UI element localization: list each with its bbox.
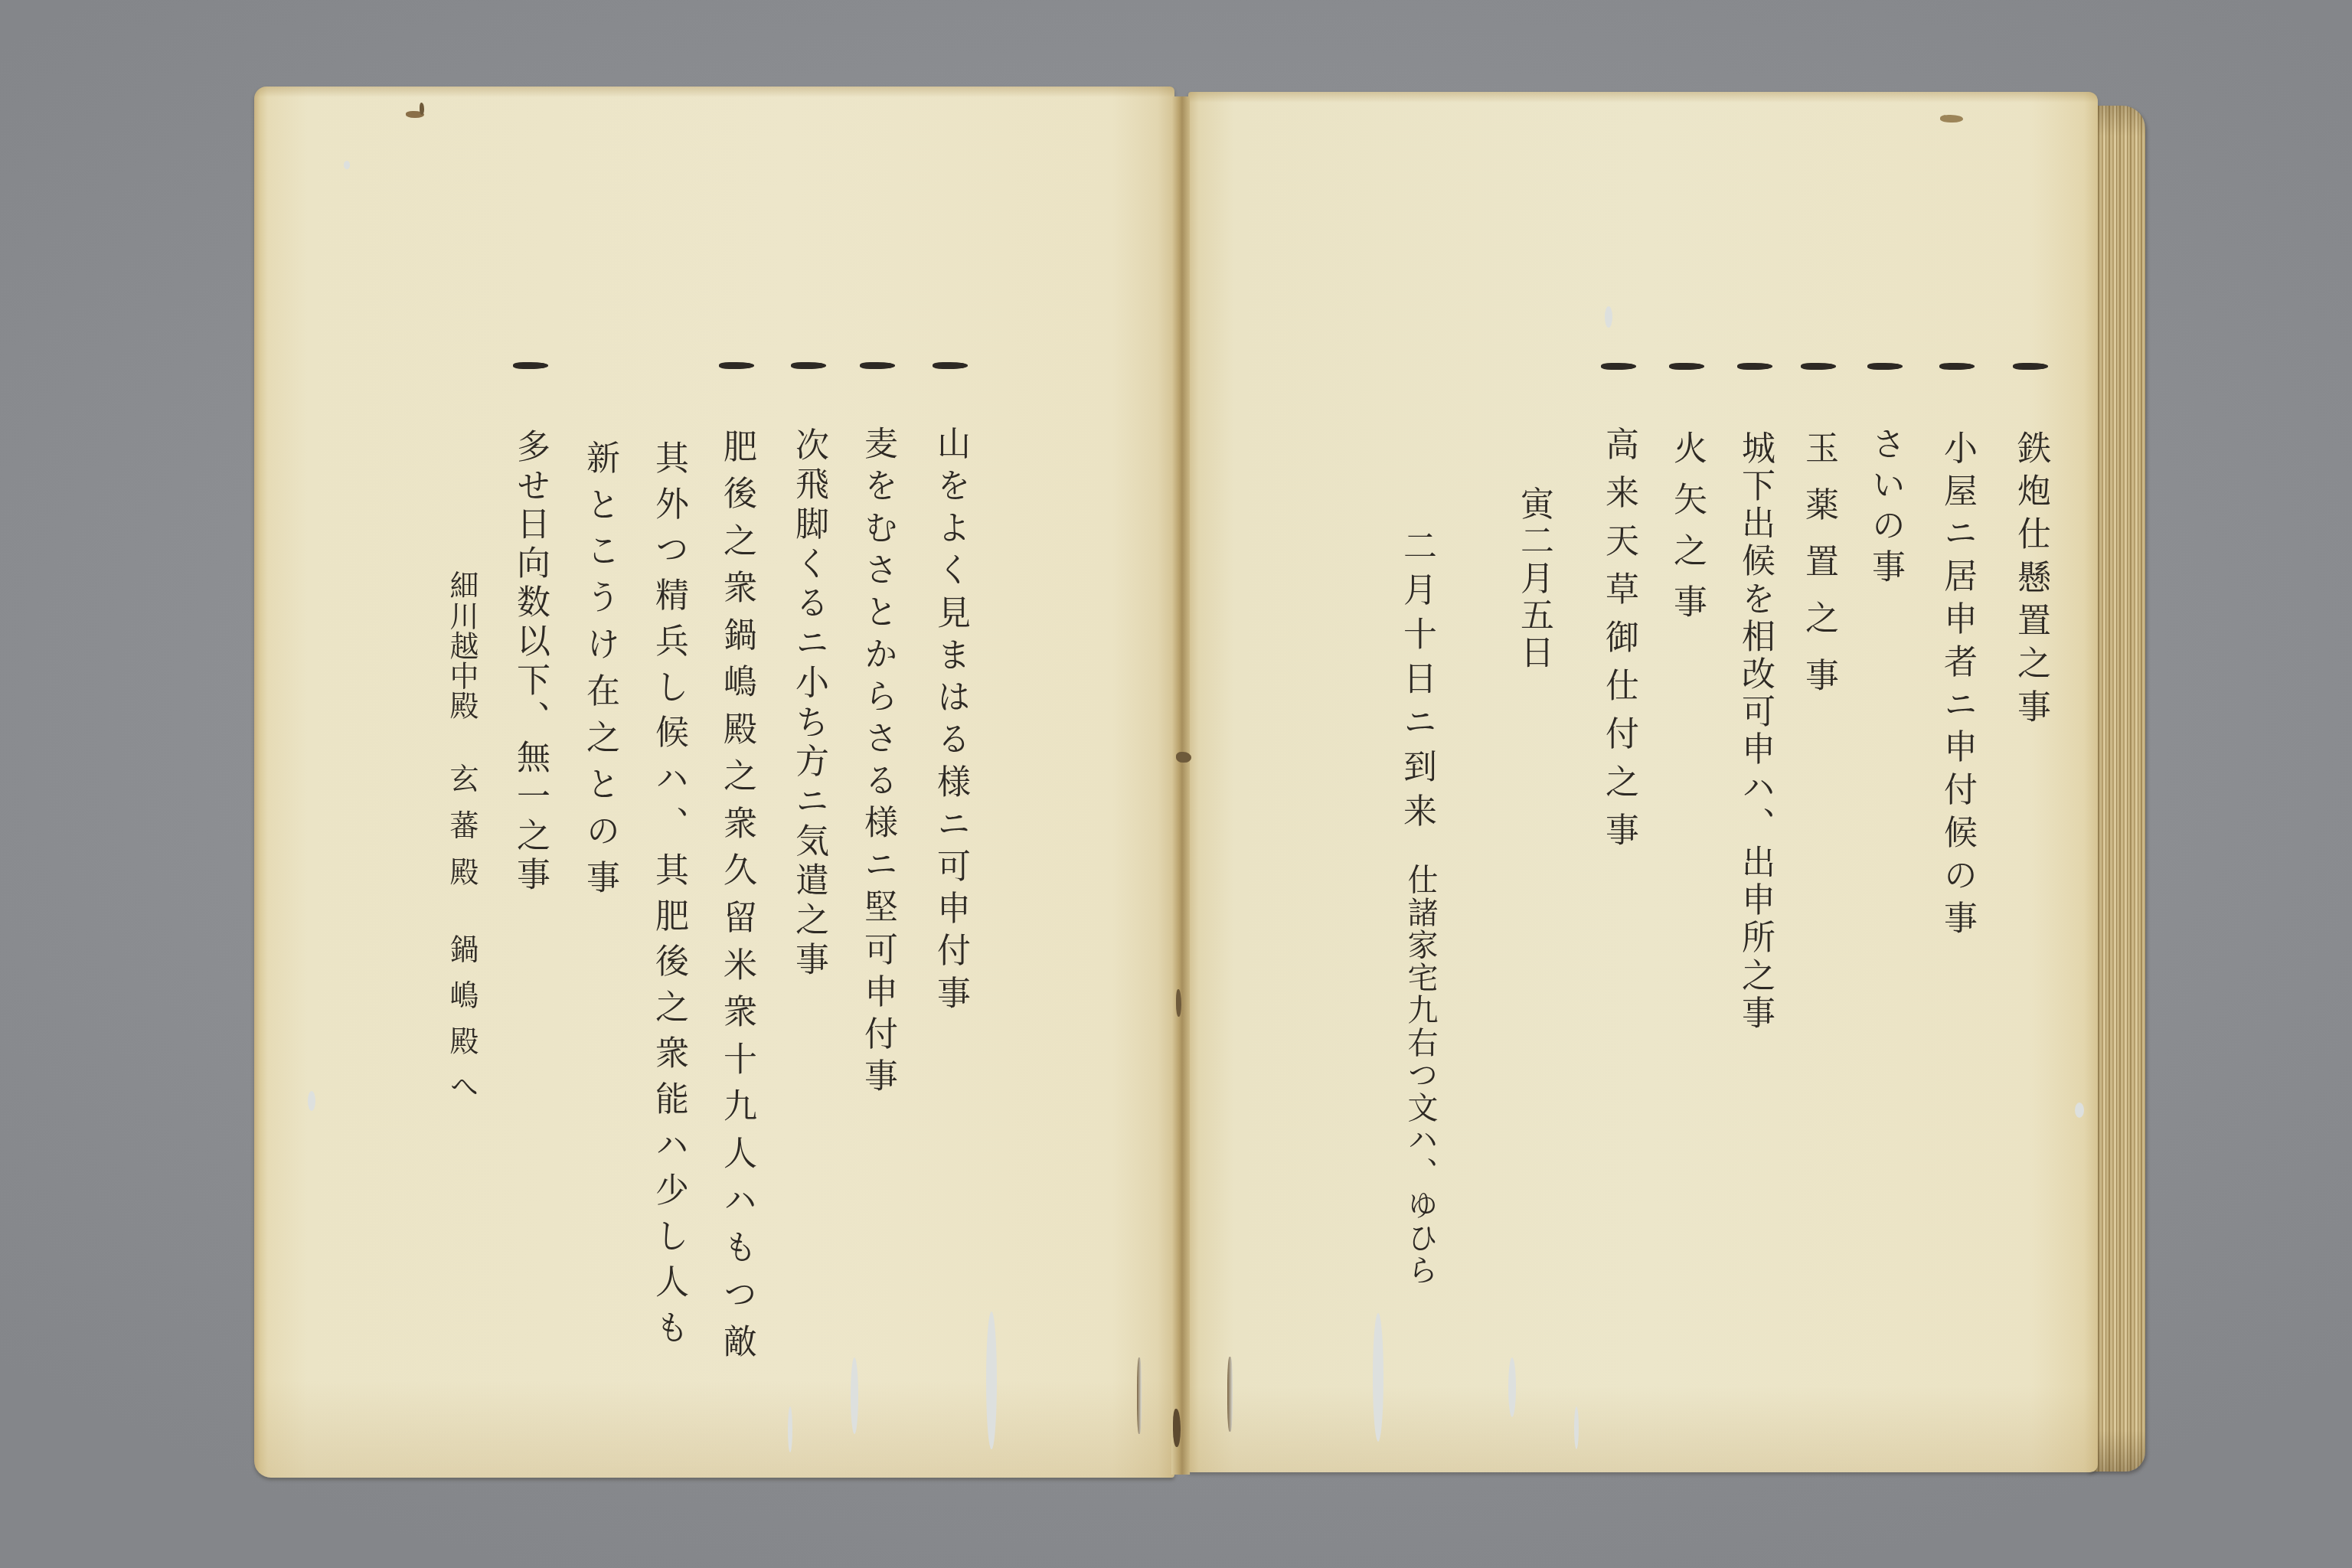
item-marker: 一 <box>860 362 895 369</box>
item-marker: 一 <box>1669 363 1704 370</box>
text-column: 鉄炮仕懸置之事 <box>2006 430 2055 723</box>
item-marker: 一 <box>933 362 968 369</box>
binding-tie <box>1176 989 1181 1017</box>
item-marker: 一 <box>513 362 548 369</box>
item-marker: 一 <box>2013 363 2048 370</box>
worm-hole <box>420 103 424 115</box>
item-marker: 一 <box>1801 363 1836 370</box>
paper-crease <box>1227 1357 1233 1432</box>
paper-damage <box>1508 1357 1516 1417</box>
paper-damage <box>1373 1313 1383 1442</box>
text-column: 山をよく見まはる様ニ可申付事 <box>926 426 975 1009</box>
annotation-note: 仕諸家宅九右つ文ハ、ゆひら <box>1396 864 1445 1285</box>
text-column: 高来天草御仕付之事 <box>1594 426 1643 846</box>
received-date: 二月十日ニ到来 <box>1392 528 1441 827</box>
binding-tie <box>1173 1409 1181 1447</box>
text-column: 麦をむさとからさる様ニ堅可申付事 <box>853 426 902 1092</box>
paper-damage <box>1605 306 1612 328</box>
text-column: 肥後之衆鍋嶋殿之衆久留米衆十九人ハもつ敵 <box>712 429 761 1357</box>
text-column: 小屋ニ居申者ニ申付候の事 <box>1932 430 1981 934</box>
paper-damage <box>1574 1406 1579 1449</box>
paper-damage <box>788 1406 792 1452</box>
text-column-continuation: 新とこうけ在之との事 <box>575 440 624 893</box>
item-marker: 一 <box>1601 363 1636 370</box>
text-column-continuation: 其外つ精兵し候ハ、其肥後之衆能ハ少し人も <box>644 440 693 1344</box>
item-marker: 一 <box>1867 363 1903 370</box>
paper-damage <box>2075 1102 2084 1118</box>
text-column: 玉薬置之事 <box>1794 430 1843 691</box>
item-marker: 一 <box>719 362 754 369</box>
text-column: さいの事 <box>1860 426 1909 583</box>
paper-damage <box>851 1357 858 1434</box>
paper-damage <box>986 1312 997 1449</box>
paper-crease <box>1137 1357 1142 1434</box>
paper-damage <box>344 161 350 169</box>
addressee: 鍋嶋殿へ <box>437 934 486 1100</box>
issue-date: 寅二月五日 <box>1509 486 1558 668</box>
text-column: 次飛脚くるニ小ち方ニ気遣之事 <box>784 427 833 975</box>
worm-hole <box>1940 115 1963 122</box>
item-marker: 一 <box>791 362 826 369</box>
addressee: 玄蕃殿 <box>437 763 486 886</box>
text-column: 多せ日向数以下、無一之事 <box>505 429 554 890</box>
addressee: 細川越中殿 <box>437 570 486 720</box>
paper-damage <box>308 1091 315 1111</box>
text-column: 火矢之事 <box>1662 430 1711 618</box>
binding-tie <box>1176 752 1191 763</box>
book-gutter <box>1171 96 1190 1475</box>
item-marker: 一 <box>1939 363 1975 370</box>
text-column: 城下出候を相改可申ハ、出申所之事 <box>1730 430 1779 1029</box>
item-marker: 一 <box>1737 363 1772 370</box>
